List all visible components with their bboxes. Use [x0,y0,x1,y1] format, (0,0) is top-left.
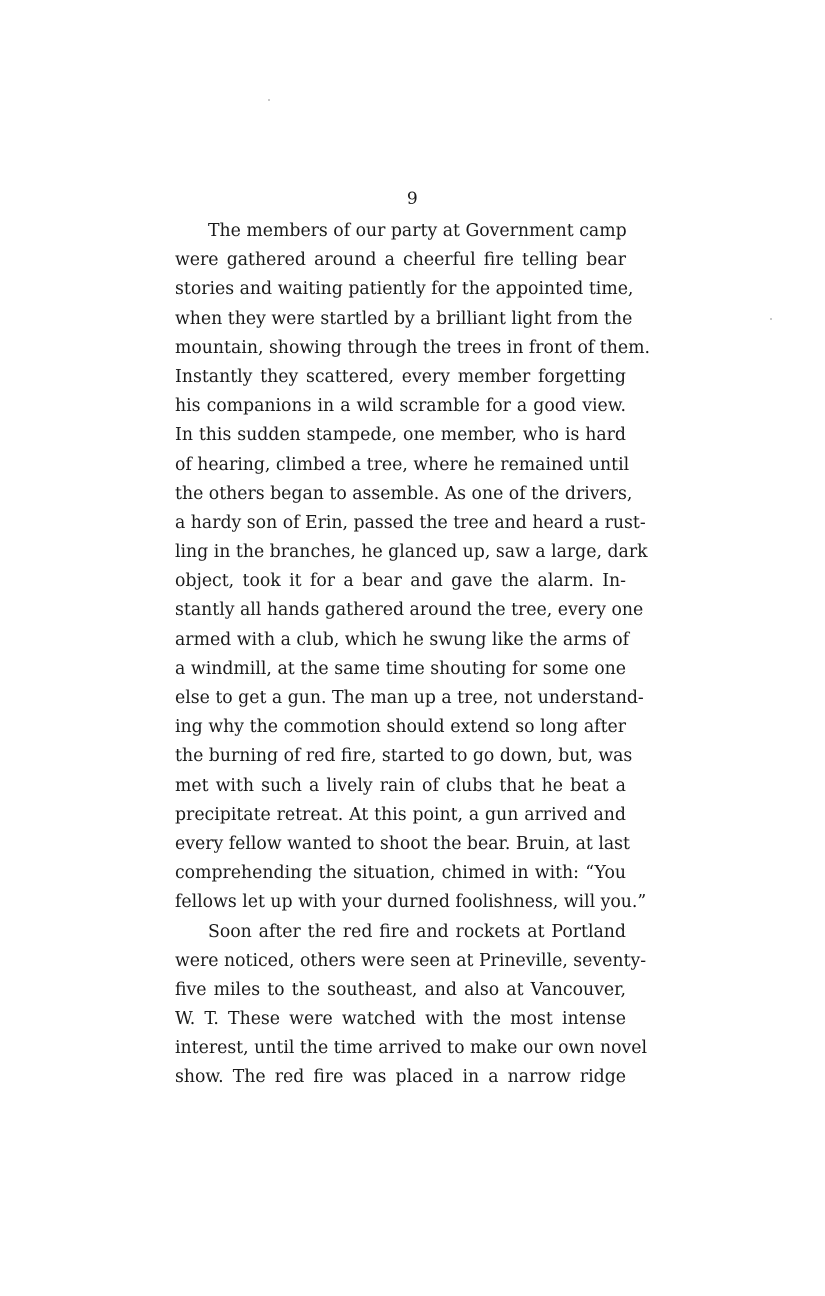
text-line: Soon after the red fire and rockets at P… [175,918,626,947]
paragraph: Soon after the red fire and rockets at P… [175,918,626,1093]
text-line: met with such a lively rain of clubs tha… [175,772,626,801]
text-line: mountain, showing through the trees in f… [175,334,626,363]
text-line: a windmill, at the same time shouting fo… [175,655,626,684]
text-line: The members of our party at Government c… [175,217,626,246]
text-line: W. T. These were watched with the most i… [175,1005,626,1034]
text-line: object, took it for a bear and gave the … [175,567,626,596]
text-line: show. The red fire was placed in a narro… [175,1063,626,1092]
text-line: Instantly they scattered, every member f… [175,363,626,392]
text-line: of hearing, climbed a tree, where he rem… [175,451,626,480]
text-line: were gathered around a cheerful fire tel… [175,246,626,275]
text-line: fellows let up with your durned foolishn… [175,888,626,917]
text-line: the burning of red fire, started to go d… [175,742,626,771]
document-page: 9 The members of our party at Government… [0,0,825,1296]
body-text: The members of our party at Government c… [175,217,626,1093]
text-line: interest, until the time arrived to make… [175,1034,626,1063]
scan-speck [268,99,270,101]
text-line: stories and waiting patiently for the ap… [175,275,626,304]
text-line: armed with a club, which he swung like t… [175,626,626,655]
text-line: a hardy son of Erin, passed the tree and… [175,509,626,538]
text-line: ling in the branches, he glanced up, saw… [175,538,626,567]
text-line: ing why the commotion should extend so l… [175,713,626,742]
text-line: the others began to assemble. As one of … [175,480,626,509]
text-line: his companions in a wild scramble for a … [175,392,626,421]
text-line: stantly all hands gathered around the tr… [175,596,626,625]
text-line: comprehending the situation, chimed in w… [175,859,626,888]
text-line: when they were startled by a brilliant l… [175,305,626,334]
scan-speck [770,318,772,320]
text-line: every fellow wanted to shoot the bear. B… [175,830,626,859]
text-line: precipitate retreat. At this point, a gu… [175,801,626,830]
text-line: else to get a gun. The man up a tree, no… [175,684,626,713]
text-line: five miles to the southeast, and also at… [175,976,626,1005]
text-line: In this sudden stampede, one member, who… [175,421,626,450]
page-number: 9 [0,189,825,209]
text-line: were noticed, others were seen at Prinev… [175,947,626,976]
paragraph: The members of our party at Government c… [175,217,626,918]
